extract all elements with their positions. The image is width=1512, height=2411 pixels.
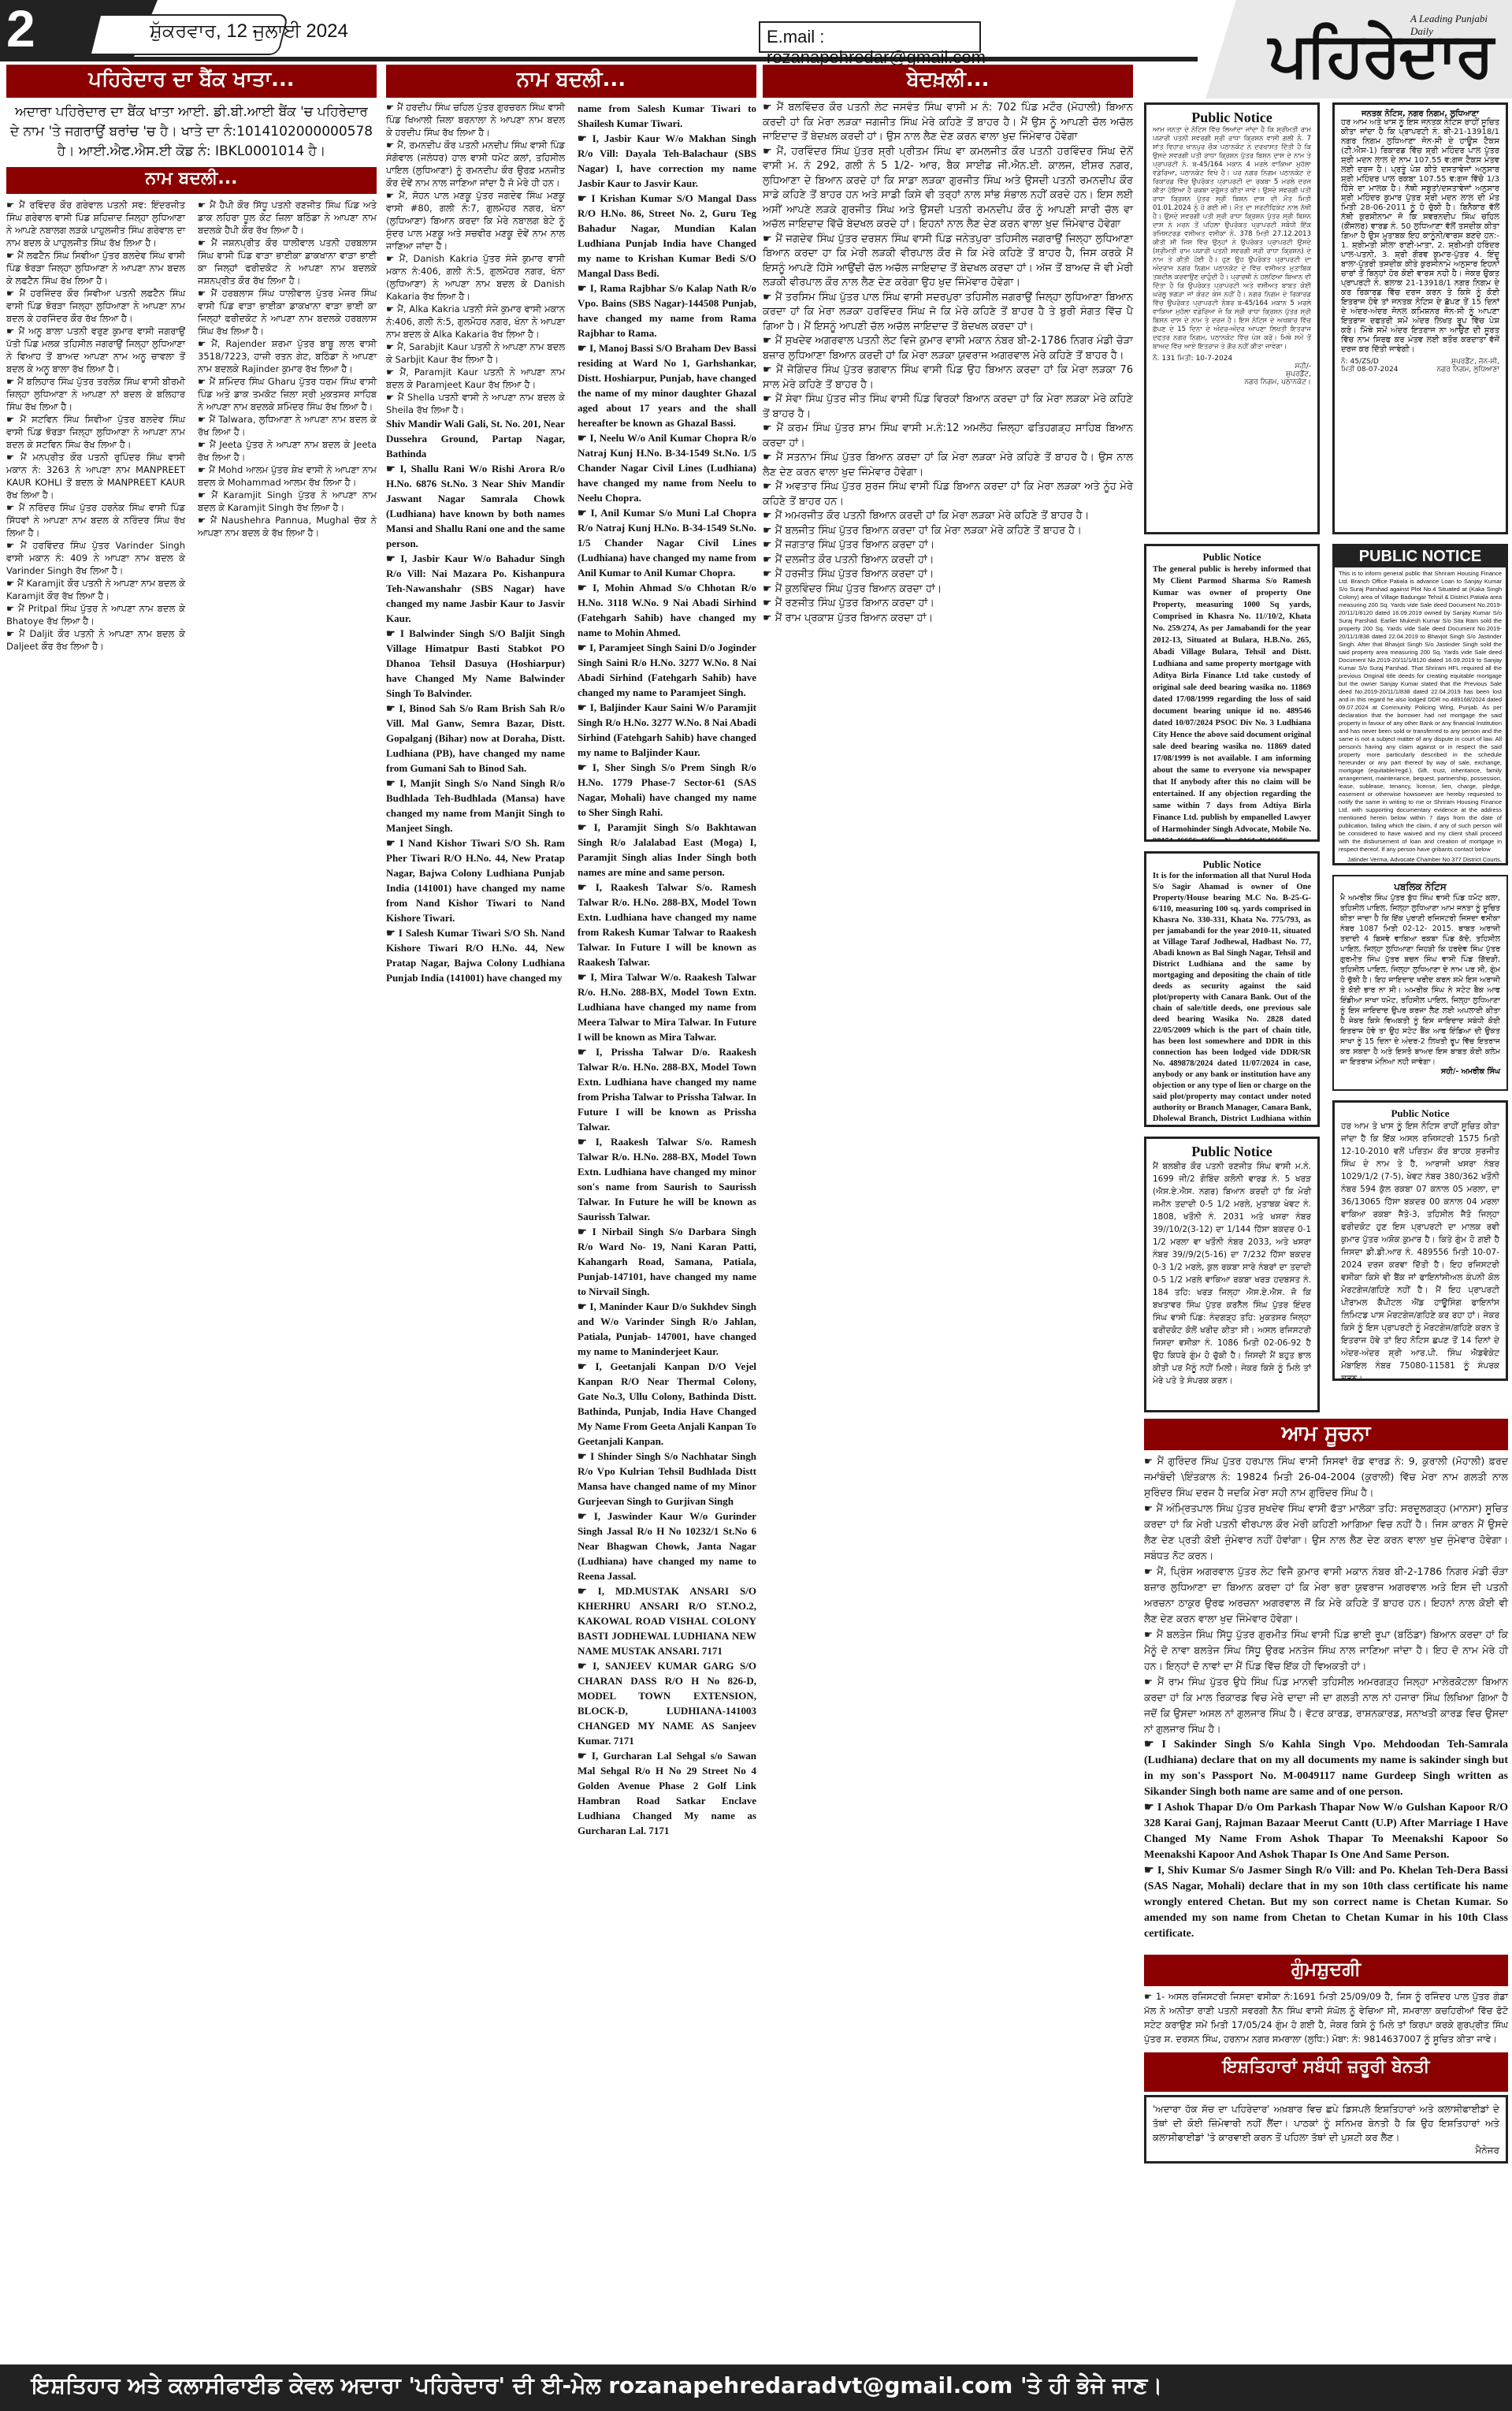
pointing-hand-icon: ☛ xyxy=(6,502,19,513)
list-item: ☛ I, Shiv Kumar S/o Jasmer Singh R/o Vil… xyxy=(1144,1863,1508,1942)
pointing-hand-icon: ☛ xyxy=(578,507,591,519)
list-item: ☛ ਮੈਂ ਅਵਤਾਰ ਸਿੰਘ ਪੁੱਤਰ ਸੁਰਜ ਸਿੰਘ ਵਾਸੀ ਪਿ… xyxy=(763,480,1133,509)
list-item: ☛ ਮੈਂ ਹਰਜੀਤ ਸਿੰਘ ਪੁੱਤਰ ਬਿਆਨ ਕਰਦਾ ਹਾਂ। xyxy=(763,567,1133,582)
pointing-hand-icon: ☛ xyxy=(1144,1991,1156,2002)
pointing-hand-icon: ☛ xyxy=(1144,1739,1161,1751)
pointing-hand-icon: ☛ xyxy=(198,489,212,500)
list-item: ☛ I, SANJEEV KUMAR GARG S/O CHARAN DASS … xyxy=(578,1658,756,1748)
masthead-rule xyxy=(0,57,1198,61)
list-item: ☛ I, Mira Talwar W/o. Raakesh Talwar R/o… xyxy=(578,969,756,1044)
list-item: ☛ I, Maninder Kaur D/o Sukhdev Singh and… xyxy=(578,1299,756,1359)
notice-body: ਆਮ ਜਨਤਾ ਦੇ ਨੋਟਿਸ ਵਿੱਚ ਲਿਆਂਦਾ ਜਾਂਦਾ ਹੈ ਕਿ… xyxy=(1153,126,1311,352)
list-item: ☛ I Ashok Thapar D/o Om Parkash Thapar N… xyxy=(1144,1800,1508,1863)
list-item: ☛ ਮੈਂ, Alka Kakria ਪਤਨੀ ਸੰਜੇ ਕੁਮਾਰ ਵਾਸੀ … xyxy=(386,303,565,340)
list-item: ☛ I, Manjit Singh S/o Nand Singh R/o Bud… xyxy=(386,776,565,835)
pointing-hand-icon: ☛ xyxy=(386,140,397,151)
pointing-hand-icon: ☛ xyxy=(386,777,399,789)
list-item: ☛ ਮੈਂ ਰਵਿੰਦਰ ਕੌਰ ਗਰੇਵਾਲ ਪਤਨੀ ਸਵ: ਇੰਦਰਜੀਤ… xyxy=(6,199,185,249)
list-item: ☛ ਮੈਂ ਹਰਵਿੰਦਰ ਸਿੰਘ ਪੁੱਤਰ Varinder Singh … xyxy=(6,539,185,577)
pointing-hand-icon: ☛ xyxy=(763,612,775,624)
list-item: ☛ ਮੈਂ ਸੁਖਦੇਵ ਅਗਰਵਾਲ ਪਤਨੀ ਲੇਟ ਵਿਜੇ ਕੁਮਾਰ … xyxy=(763,334,1133,363)
notice-title: Public Notice xyxy=(1341,1107,1499,1120)
pointing-hand-icon: ☛ xyxy=(578,881,596,893)
pointing-hand-icon: ☛ xyxy=(198,464,209,475)
notice-body: ਹਰ ਆਮ ਤੇ ਖਾਸ ਨੂੰ ਇਸ ਨੋਟਿਸ ਰਾਹੀਂ ਸੂਚਿਤ ਕੀ… xyxy=(1341,1120,1499,1381)
list-item: ☛ I Salesh Kumar Tiwari S/O Sh. Nand Kis… xyxy=(386,925,565,985)
list-item: ☛ ਮੈਂ ਕੁਲਵਿੰਦਰ ਸਿੰਘ ਪੁੱਤਰ ਬਿਆਨ ਕਰਦਾ ਹਾਂ। xyxy=(763,582,1133,597)
pointing-hand-icon: ☛ xyxy=(763,525,775,537)
list-item: ☛ ਮੈਂ, Sarabjit Kaur ਪਤਨੀ ਨੇ ਆਪਣਾ ਨਾਮ ਬਦ… xyxy=(386,340,565,366)
list-item: ☛ ਮੈਂ ਬਲਿਹਾਰ ਸਿੰਘ ਪੁੱਤਰ ਤਰਲੋਕ ਸਿੰਘ ਵਾਸੀ … xyxy=(6,375,185,413)
pointing-hand-icon: ☛ xyxy=(578,761,593,773)
pointing-hand-icon: ☛ xyxy=(763,335,775,347)
notice-footer: ਨੰ: 45/ZS/Dਮਿਤੀ 08-07-2024 ਸੁਪਰਡੈਂਟ, ਜੋਨ… xyxy=(1341,358,1499,374)
eviction-list: ☛ ਮੈਂ ਬਲਵਿੰਦਰ ਕੌਰ ਪਤਨੀ ਲੇਟ ਜਸਵੰਤ ਸਿੰਘ ਵਾ… xyxy=(763,98,1133,626)
pointing-hand-icon: ☛ xyxy=(6,199,19,210)
public-notice-pathankot: Public Notice ਆਮ ਜਨਤਾ ਦੇ ਨੋਟਿਸ ਵਿੱਚ ਲਿਆਂ… xyxy=(1144,102,1320,534)
footer-text: ਇਸ਼ਤਿਹਾਰ ਅਤੇ ਕਲਾਸੀਫਾਈਡ ਕੇਵਲ ਅਦਾਰਾ 'ਪਹਿਰੇ… xyxy=(32,2372,1162,2398)
pointing-hand-icon: ☛ xyxy=(386,366,400,378)
name-change-middle-col-a: ☛ ਮੈਂ ਹਰਦੀਪ ਸਿੰਘ ਚਹਿਲ ਪੁੱਤਰ ਗੁਰਚਰਨ ਸਿੰਘ … xyxy=(386,101,565,1838)
list-item: ☛ I, Raakesh Talwar S/o. Ramesh Talwar R… xyxy=(578,1134,756,1224)
column-notices: Public Notice ਆਮ ਜਨਤਾ ਦੇ ਨੋਟਿਸ ਵਿੱਚ ਲਿਆਂ… xyxy=(1144,102,1508,2173)
ad-request-text: 'ਅਦਾਰਾ ਹੱਕ ਸੱਚ ਦਾ ਪਹਿਰੇਦਾਰ' ਅਖ਼ਬਾਰ ਵਿਚ ਛ… xyxy=(1153,2102,1499,2145)
pointing-hand-icon: ☛ xyxy=(1144,1565,1157,1577)
list-item: ☛ ਮੈਂ ਹਰਦੀਪ ਸਿੰਘ ਚਹਿਲ ਪੁੱਤਰ ਗੁਰਚਰਨ ਸਿੰਘ … xyxy=(386,101,565,139)
missing-heading: ਗੁੰਮਸ਼ੁਦਗੀ xyxy=(1144,1955,1508,1986)
notice-sign: ਸਹੀ/- ਅਮਰੀਕ ਸਿੰਘ xyxy=(1340,1067,1500,1076)
list-item: ☛ I Krishan Kumar S/O Mangal Dass R/O H.… xyxy=(578,191,756,281)
pointing-hand-icon: ☛ xyxy=(386,553,400,564)
list-item: ☛ I Shinder Singh S/o Nachhatar Singh R/… xyxy=(578,1449,756,1509)
pointing-hand-icon: ☛ xyxy=(763,539,775,551)
list-item: ☛ ਮੈਂ ਤਰਸਿਮ ਸਿੰਘ ਪੁੱਤਰ ਪਾਲ ਸਿੰਘ ਵਾਸੀ ਸਦਰ… xyxy=(763,291,1133,335)
list-item: ☛ ਮੈਂ, ਰਮਨਦੀਪ ਕੌਰ ਪਤਨੀ ਮਨਦੀਪ ਸਿੰਘ ਵਾਸੀ ਪ… xyxy=(386,139,565,189)
list-item: name from Salesh Kumar Tiwari to Shailes… xyxy=(578,101,756,131)
pointing-hand-icon: ☛ xyxy=(763,146,777,158)
notice-title: ਜਨਤਕ ਨੋਟਿਸ, ਨਗਰ ਨਿਗਮ, ਲੁਧਿਆਣਾ xyxy=(1341,110,1499,118)
pointing-hand-icon: ☛ xyxy=(386,341,397,352)
pointing-hand-icon: ☛ xyxy=(763,597,775,609)
list-item: ☛ ਮੈਂ, Rajender ਸ਼ਰਮਾ ਪੁੱਤਰ ਬਾਬੂ ਲਾਲ ਵਾਸ… xyxy=(198,337,377,375)
list-item: ☛ ਮੈਂ, Danish Kakria ਪੁੱਤਰ ਸੰਜੇ ਕੁਮਾਰ ਵਾ… xyxy=(386,252,565,303)
pointing-hand-icon: ☛ xyxy=(578,971,590,983)
notice-body: It is for the information all that Nurul… xyxy=(1153,871,1311,1127)
pointing-hand-icon: ☛ xyxy=(198,376,210,387)
pointing-hand-icon: ☛ xyxy=(763,233,775,245)
notice-title: Public Notice xyxy=(1153,551,1311,564)
pointing-hand-icon: ☛ xyxy=(386,702,399,714)
list-item: ☛ ਮੈਂ ਅਨੂ ਬਾਲਾ ਪਤਨੀ ਵਰੁਣ ਕੁਮਾਰ ਵਾਸੀ ਜਗਰਾ… xyxy=(6,325,185,375)
list-item: ☛ I Sakinder Singh S/o Kahla Singh Vpo. … xyxy=(1144,1737,1508,1800)
pointing-hand-icon: ☛ xyxy=(763,583,775,595)
public-notice-ravi: Public Notice ਹਰ ਆਮ ਤੇ ਖਾਸ ਨੂੰ ਇਸ ਨੋਟਿਸ … xyxy=(1332,1100,1508,1381)
pointing-hand-icon: ☛ xyxy=(1144,1628,1157,1640)
page-number: 2 xyxy=(6,0,35,57)
eviction-heading: ਬੇਦਖ਼ਲੀ... xyxy=(763,65,1133,98)
pointing-hand-icon: ☛ xyxy=(386,627,400,639)
pointing-hand-icon: ☛ xyxy=(198,414,210,425)
pointing-hand-icon: ☛ xyxy=(6,414,20,425)
pointing-hand-icon: ☛ xyxy=(578,1450,590,1462)
list-item: ☛ ਮੈਂ Daljit ਕੌਰ ਪਤਨੀ ਨੇ ਆਪਣਾ ਨਾਮ ਬਦਲ ਕੇ… xyxy=(6,627,185,653)
list-item: ☛ ਮੈਂ, ਹਰਵਿੰਦਰ ਸਿੰਘ ਪੁੱਤਰ ਸ਼੍ਰੀ ਪ੍ਰੀਤਮ ਸ… xyxy=(763,145,1133,233)
bank-account-heading: ਪਹਿਰੇਦਾਰ ਦਾ ਬੈਂਕ ਖਾਤਾ... xyxy=(6,65,377,98)
ad-request-heading: ਇਸ਼ਤਿਹਾਰਾਂ ਸਬੰਧੀ ਜ਼ਰੂਰੀ ਬੇਨਤੀ xyxy=(1144,2052,1508,2092)
public-notice-ludhiana-mc: ਜਨਤਕ ਨੋਟਿਸ, ਨਗਰ ਨਿਗਮ, ਲੁਧਿਆਣਾ ਹਰ ਆਮ ਅਤੇ … xyxy=(1332,102,1508,534)
list-item: ☛ ਮੈਂ ਸਟਵਿਨ ਸਿੰਘ ਸਿਵੀਆ ਪੁੱਤਰ ਬਲਦੇਵ ਸਿੰਘ … xyxy=(6,413,185,451)
pointing-hand-icon: ☛ xyxy=(763,422,777,434)
pointing-hand-icon: ☛ xyxy=(578,642,589,653)
public-notice-nurul: Public Notice It is for the information … xyxy=(1144,851,1320,1127)
pointing-hand-icon: ☛ xyxy=(198,288,211,299)
pointing-hand-icon: ☛ xyxy=(578,701,590,713)
list-item: ☛ ਮੈਂ ਬਲਤੇਜ ਸਿੰਘ ਸਿੱਧੂ ਪੁੱਤਰ ਗੁਰਮੀਤ ਸਿੰਘ… xyxy=(1144,1627,1508,1674)
pointing-hand-icon: ☛ xyxy=(578,1300,589,1312)
list-item: ☛ ਮੈਂ ਜਸ਼ਨਪ੍ਰੀਤ ਕੌਰ ਧਾਲੀਵਾਲ ਪਤਨੀ ਹਰਬਲਾਸ … xyxy=(198,236,377,287)
pointing-hand-icon: ☛ xyxy=(763,364,776,376)
list-item: ☛ ਮੈਂ ਰਾਮ ਪ੍ਰਕਾਸ਼ ਪੁੱਤਰ ਬਿਆਨ ਕਰਦਾ ਹਾਂ। xyxy=(763,612,1133,627)
list-item: ☛ ਮੈਂ ਅਮਰਜੀਤ ਕੌਰ ਪਤਨੀ ਬਿਆਨ ਕਰਦੀ ਹਾਂ ਕਿ ਮ… xyxy=(763,509,1133,524)
pointing-hand-icon: ☛ xyxy=(578,582,593,593)
notice-ref: ਨੰ: 45/ZS/Dਮਿਤੀ 08-07-2024 xyxy=(1341,358,1398,374)
pointing-hand-icon: ☛ xyxy=(198,439,210,450)
list-item: ☛ ਮੈਂ Shella ਪਤਨੀ ਵਾਸੀ ਨੇ ਆਪਣਾ ਨਾਮ ਬਦਲ ਕ… xyxy=(386,391,565,416)
list-item: ☛ I, Neelu W/o Anil Kumar Chopra R/o Nat… xyxy=(578,430,756,505)
list-item: ☛ ਮੈਂ ਰਣਜੀਤ ਸਿੰਘ ਪੁੱਤਰ ਬਿਆਨ ਕਰਦਾ ਹਾਂ। xyxy=(763,597,1133,612)
notice-title: Public Notice xyxy=(1153,110,1311,126)
pointing-hand-icon: ☛ xyxy=(578,1510,594,1522)
list-item: ☛ 1- ਅਸਲ ਰਜਿਸਟਰੀ ਜਿਸਦਾ ਵਸੀਕਾ ਨੰ:1691 ਮਿਤ… xyxy=(1144,1986,1508,2049)
list-item: ☛ ਮੈਂ ਜਗਦੇਵ ਸਿੰਘ ਪੁੱਤਰ ਦਰਸ਼ਨ ਸਿੰਘ ਵਾਸੀ ਪ… xyxy=(763,233,1133,291)
notice-sign: ਸੁਪਰਡੈਂਟ, xyxy=(1153,370,1311,378)
notice-ref: ਨੰ. 131 ਮਿਤੀ: 10-7-2024 xyxy=(1153,355,1311,363)
pointing-hand-icon: ☛ xyxy=(6,578,17,589)
notice-body: The general public is hereby informed th… xyxy=(1153,564,1311,842)
pointing-hand-icon: ☛ xyxy=(578,1750,592,1762)
pointing-hand-icon: ☛ xyxy=(1144,1455,1157,1467)
pointing-hand-icon: ☛ xyxy=(386,927,399,939)
list-item: ☛ ਮੈਂ ਹਰਜਿੰਦਰ ਕੌਰ ਸਿਵੀਆ ਪਤਨੀ ਲਫਟੈਨ ਸਿੰਘ … xyxy=(6,287,185,325)
public-notice-amrik: ਪਬਲਿਕ ਨੋਟਿਸ ਮੈ ਅਮਰੀਕ ਸਿੰਘ ਪੁੱਤਰ ਬੁੱਧ ਸਿੰ… xyxy=(1332,875,1508,1091)
pointing-hand-icon: ☛ xyxy=(386,253,399,264)
pointing-hand-icon: ☛ xyxy=(386,837,399,849)
ad-request-sign: ਮੈਨੇਜਰ xyxy=(1153,2145,1499,2156)
notice-title: ਪਬਲਿਕ ਨੋਟਿਸ xyxy=(1340,881,1500,893)
list-item: ☛ ਮੈਂ ਸ਼ਮਿੰਦਰ ਸਿੰਘ Gharu ਪੁੱਤਰ ਧਰਮ ਸਿੰਘ … xyxy=(198,375,377,413)
pointing-hand-icon: ☛ xyxy=(763,568,775,580)
pointing-hand-icon: ☛ xyxy=(578,1046,596,1058)
name-change-middle-columns: ☛ ਮੈਂ ਹਰਦੀਪ ਸਿੰਘ ਚਹਿਲ ਪੁੱਤਰ ਗੁਰਚਰਨ ਸਿੰਘ … xyxy=(386,98,756,1838)
list-item: ☛ I, Rama Rajbhar S/o Kalap Nath R/o Vpo… xyxy=(578,281,756,340)
list-item: ☛ I, Geetanjali Kanpan D/O Vejel Kanpan … xyxy=(578,1359,756,1449)
name-change-left-col-b: ☛ ਮੈਂ ਹੈਪੀ ਕੌਰ ਸਿੱਧੂ ਪਤਨੀ ਰਣਜੀਤ ਸਿੰਘ ਪਿੰ… xyxy=(198,199,377,653)
list-item: ☛ ਮੈਂ Naushehra Pannua, Mughal ਚੱਕ ਨੇ ਆਪ… xyxy=(198,514,377,539)
public-notice-parmod: Public Notice The general public is here… xyxy=(1144,544,1320,842)
pointing-hand-icon: ☛ xyxy=(198,515,210,526)
pointing-hand-icon: ☛ xyxy=(6,540,20,551)
pointing-hand-icon: ☛ xyxy=(578,1226,593,1237)
list-item: ☛ ਮੈਂ, ਪ੍ਰਿੰਸ ਅਗਰਵਾਲ ਪੁੱਤਰ ਲੇਟ ਵਿਜੈ ਕੁਮਾ… xyxy=(1144,1564,1508,1627)
list-item: ☛ I, Gurcharan Lal Sehgal s/o Sawan Mal … xyxy=(578,1748,756,1838)
list-item: ☛ I, MD.MUSTAK ANSARI S/O KHERHRU ANSARI… xyxy=(578,1583,756,1658)
list-item: ☛ ਮੈਂ ਬਲਵਿੰਦਰ ਕੌਰ ਪਤਨੀ ਲੇਟ ਜਸਵੰਤ ਸਿੰਘ ਵਾ… xyxy=(763,101,1133,145)
notice-title: Public Notice xyxy=(1153,1144,1311,1160)
list-item: ☛ ਮੈਂ ਸਤਨਾਮ ਸਿੰਘ ਪੁੱਤਰ ਬਿਆਨ ਕਰਦਾ ਹਾਂ ਕਿ … xyxy=(763,451,1133,480)
pointing-hand-icon: ☛ xyxy=(198,338,211,349)
column-left: ਪਹਿਰੇਦਾਰ ਦਾ ਬੈਂਕ ਖਾਤਾ... ਅਦਾਰਾ ਪਹਿਰੇਦਾਰ … xyxy=(6,65,377,653)
list-item: ☛ ਮੈਂ ਜੋਗਿੰਦਰ ਸਿੰਘ ਪੁੱਤਰ ਭਗਵਾਨ ਸਿੰਘ ਵਾਸੀ… xyxy=(763,363,1133,393)
pointing-hand-icon: ☛ xyxy=(198,199,210,210)
name-change-heading-middle: ਨਾਮ ਬਦਲੀ... xyxy=(386,65,756,98)
list-item: ☛ ਮੈਂ ਰਾਮ ਸਿੰਘ ਪੁੱਤਰ ਉਧੇ ਸਿੰਘ ਪਿੰਡ ਮਾਨਵੀ… xyxy=(1144,1674,1508,1737)
pointing-hand-icon: ☛ xyxy=(578,1660,593,1672)
pointing-hand-icon: ☛ xyxy=(1144,1676,1157,1687)
list-item: ☛ I, Paramjeet Singh Saini D/o Joginder … xyxy=(578,640,756,700)
pointing-hand-icon: ☛ xyxy=(6,288,20,299)
contact-email[interactable]: E.mail : rozanapehredar@gmail.com xyxy=(759,21,981,53)
pointing-hand-icon: ☛ xyxy=(578,192,592,204)
pointing-hand-icon: ☛ xyxy=(1144,1865,1157,1877)
list-item: ☛ ਮੈਂ ਹੈਪੀ ਕੌਰ ਸਿੱਧੂ ਪਤਨੀ ਰਣਜੀਤ ਸਿੰਘ ਪਿੰ… xyxy=(198,199,377,236)
ad-request-box: 'ਅਦਾਰਾ ਹੱਕ ਸੱਚ ਦਾ ਪਹਿਰੇਦਾਰ' ਅਖ਼ਬਾਰ ਵਿਚ ਛ… xyxy=(1144,2095,1508,2164)
notice-body: ਹਰ ਆਮ ਅਤੇ ਖਾਸ ਨੂੰ ਇਸ ਜਨਤਕ ਨੋਟਿਸ ਰਾਹੀਂ ਸੂ… xyxy=(1341,118,1499,355)
list-item: ☛ ਮੈਂ ਮਨਪ੍ਰੀਤ ਕੌਰ ਪਤਨੀ ਰੁਪਿੰਦਰ ਸਿੰਘ ਵਾਸੀ… xyxy=(6,451,185,501)
issue-date: ਸ਼ੁੱਕਰਵਾਰ, 12 ਜੁਲਾਈ 2024 xyxy=(150,20,348,43)
list-item: ☛ I, Anil Kumar S/o Muni Lal Chopra R/o … xyxy=(578,505,756,580)
list-item: ☛ I, Manoj Bassi S/O Braham Dev Bassi re… xyxy=(578,340,756,430)
list-item: ☛ ਮੈਂ ਗੁਰਿੰਦਰ ਸਿੰਘ ਪੁੱਤਰ ਹਰਪਾਲ ਸਿੰਘ ਵਾਸੀ… xyxy=(1144,1453,1508,1501)
column-middle: ਨਾਮ ਬਦਲੀ... ☛ ਮੈਂ ਹਰਦੀਪ ਸਿੰਘ ਚਹਿਲ ਪੁੱਤਰ … xyxy=(386,65,756,1838)
list-item: ☛ I, Jaswinder Kaur W/o Gurinder Singh J… xyxy=(578,1509,756,1583)
list-item: ☛ I, Prissha Talwar D/o. Raakesh Talwar … xyxy=(578,1044,756,1134)
pointing-hand-icon: ☛ xyxy=(578,1360,595,1372)
public-notice-shriram: PUBLIC NOTICE This is to inform general … xyxy=(1332,544,1508,865)
notice-body: ਮੈ ਅਮਰੀਕ ਸਿੰਘ ਪੁੱਤਰ ਬੁੱਧ ਸਿੰਘ ਵਾਸੀ ਪਿੰਡ … xyxy=(1340,893,1500,1067)
pointing-hand-icon: ☛ xyxy=(386,190,399,201)
notice-sign: ਸੁਪਰਡੈਂਟ, ਜੋਨ-ਸੀ,ਨਗਰ ਨਿਗਮ, ਲੁਧਿਆਣਾ xyxy=(1436,358,1499,374)
list-item: ☛ ਮੈਂ Jeeta ਪੁੱਤਰ ਨੇ ਆਪਣਾ ਨਾਮ ਬਦਲ ਕੇ Jee… xyxy=(198,438,377,463)
pointing-hand-icon: ☛ xyxy=(6,603,18,614)
list-item: ☛ I, Raakesh Talwar S/o. Ramesh Talwar R… xyxy=(578,880,756,969)
list-item: ☛ I Balwinder Singh S/O Baljit Singh Vil… xyxy=(386,626,565,701)
name-change-heading-left: ਨਾਮ ਬਦਲੀ... xyxy=(6,167,377,194)
pointing-hand-icon: ☛ xyxy=(1144,1502,1157,1514)
list-item: ☛ ਮੈਂ ਨਰਿੰਦਰ ਸਿੰਘ ਪੁੱਤਰ ਹਰਨੇਕ ਸਿੰਘ ਵਾਸੀ … xyxy=(6,501,185,539)
list-item: ☛ ਮੈਂ ਕਰਮ ਸਿੰਘ ਪੁੱਤਰ ਸ਼ਾਮ ਸਿੰਘ ਵਾਸੀ ਮ.ਨੰ… xyxy=(763,422,1133,451)
list-item: ☛ I, Jasbir Kaur W/o Bahadur Singh R/o V… xyxy=(386,551,565,626)
pointing-hand-icon: ☛ xyxy=(578,432,590,444)
notices-col-b: ਜਨਤਕ ਨੋਟਿਸ, ਨਗਰ ਨਿਗਮ, ਲੁਧਿਆਣਾ ਹਰ ਆਮ ਅਤੇ … xyxy=(1332,102,1508,1422)
list-item: ☛ I, Baljinder Kaur Saini W/o Paramjit S… xyxy=(578,700,756,760)
pointing-hand-icon: ☛ xyxy=(386,102,397,113)
pointing-hand-icon: ☛ xyxy=(578,1585,598,1597)
list-item: ☛ ਮੈਂ, ਸੋਹਨ ਪਾਲ ਮਣਕੂ ਪੁੱਤਰ ਜਗਦੇਵ ਸਿੰਘ ਮਣ… xyxy=(386,189,565,252)
list-item: ☛ I, Sher Singh S/o Prem Singh R/o H.No.… xyxy=(578,760,756,820)
list-item: ☛ ਮੈਂ ਸੇਵਾ ਸਿੰਘ ਪੁੱਤਰ ਜੀਤ ਸਿੰਘ ਵਾਸੀ ਪਿੰਡ… xyxy=(763,393,1133,422)
list-item: ☛ I, Mohin Ahmad S/o Chhotan R/o H.No. 3… xyxy=(578,580,756,640)
name-change-left-columns: ☛ ਮੈਂ ਰਵਿੰਦਰ ਕੌਰ ਗਰੇਵਾਲ ਪਤਨੀ ਸਵ: ਇੰਦਰਜੀਤ… xyxy=(6,194,377,653)
list-item: ☛ I Nirbail Singh S/o Darbara Singh R/o … xyxy=(578,1224,756,1299)
pointing-hand-icon: ☛ xyxy=(763,292,775,303)
notice-title: Public Notice xyxy=(1153,858,1311,871)
list-item: ☛ I, Paramjit Singh S/o Bakhtawan Singh … xyxy=(578,820,756,880)
list-item: ☛ ਮੈਂ ਲਫਟੈਨ ਸਿੰਘ ਸਿਵੀਆ ਪੁੱਤਰ ਬਲਦੇਵ ਸਿੰਘ … xyxy=(6,249,185,287)
general-notice-heading: ਆਮ ਸੂਚਨਾ xyxy=(1144,1419,1508,1450)
list-item: ☛ I, Shallu Rani W/o Rishi Arora R/o H.N… xyxy=(386,461,565,551)
pointing-hand-icon: ☛ xyxy=(6,628,19,639)
list-item: ☛ I, Binod Sah S/o Ram Brish Sah R/o Vil… xyxy=(386,701,565,776)
pointing-hand-icon: ☛ xyxy=(578,821,594,833)
notices-grid: Public Notice ਆਮ ਜਨਤਾ ਦੇ ਨੋਟਿਸ ਵਿੱਚ ਲਿਆਂ… xyxy=(1144,102,1508,1422)
list-item: ☛ ਮੈਂ ਬਲਜੀਤ ਸਿੰਘ ਪੁੱਤਰ ਬਿਆਨ ਕਰਦਾ ਹਾਂ ਕਿ … xyxy=(763,524,1133,539)
notice-body: This is to inform general public that Sh… xyxy=(1335,567,1506,856)
pointing-hand-icon: ☛ xyxy=(1144,1802,1157,1814)
list-item: ☛ ਮੈਂ Mohd ਆਲਮ ਪੁੱਤਰ ਸ਼ੇਖ ਵਾਸੀ ਨੇ ਆਪਣਾ ਨ… xyxy=(198,463,377,489)
list-item: ☛ ਮੈਂ ਹਰਬਲਾਸ ਸਿੰਘ ਧਾਲੀਵਾਲ ਪੁੱਤਰ ਮੇਜਰ ਸਿੰ… xyxy=(198,287,377,337)
pointing-hand-icon: ☛ xyxy=(6,250,17,261)
name-change-left-col-a: ☛ ਮੈਂ ਰਵਿੰਦਰ ਕੌਰ ਗਰੇਵਾਲ ਪਤਨੀ ਸਵ: ਇੰਦਰਜੀਤ… xyxy=(6,199,185,653)
pointing-hand-icon: ☛ xyxy=(6,326,19,337)
pointing-hand-icon: ☛ xyxy=(198,237,211,248)
newspaper-logo: ਪਹਿਰੇਦਾਰ xyxy=(1269,20,1492,91)
notice-body: ਮੈਂ ਬਲਬੀਰ ਕੌਰ ਪਤਨੀ ਰਣਜੀਤ ਸਿੰਘ ਵਾਸੀ ਮ.ਨੰ.… xyxy=(1153,1160,1311,1387)
pointing-hand-icon: ☛ xyxy=(763,102,777,113)
pointing-hand-icon: ☛ xyxy=(578,132,593,144)
pointing-hand-icon: ☛ xyxy=(386,303,397,314)
list-item: ☛ I, Jasbir Kaur W/o Makhan Singh R/o Vi… xyxy=(578,131,756,191)
public-notice-balbir: Public Notice ਮੈਂ ਬਲਬੀਰ ਕੌਰ ਪਤਨੀ ਰਣਜੀਤ ਸ… xyxy=(1144,1137,1320,1412)
notice-sign: ਸਹੀ/- xyxy=(1153,363,1311,370)
notices-col-a: Public Notice ਆਮ ਜਨਤਾ ਦੇ ਨੋਟਿਸ ਵਿੱਚ ਲਿਆਂ… xyxy=(1144,102,1320,1422)
notice-sign: Jatinder Verma, Advocate Chamber No.377 … xyxy=(1335,856,1506,865)
pointing-hand-icon: ☛ xyxy=(386,392,398,403)
name-change-middle-col-b: name from Salesh Kumar Tiwari to Shailes… xyxy=(578,101,756,1838)
pointing-hand-icon: ☛ xyxy=(763,481,775,493)
pointing-hand-icon: ☛ xyxy=(6,452,20,463)
pointing-hand-icon: ☛ xyxy=(763,510,775,522)
list-item: ☛ ਮੈਂ, Paramjit Kaur ਪਤਨੀ ਨੇ ਆਪਣਾ ਨਾਮ ਬਦ… xyxy=(386,366,565,391)
pointing-hand-icon: ☛ xyxy=(763,393,775,405)
general-notice-list: ☛ ਮੈਂ ਗੁਰਿੰਦਰ ਸਿੰਘ ਪੁੱਤਰ ਹਰਪਾਲ ਸਿੰਘ ਵਾਸੀ… xyxy=(1144,1450,1508,1942)
pointing-hand-icon: ☛ xyxy=(578,282,590,294)
pointing-hand-icon: ☛ xyxy=(763,554,775,566)
pointing-hand-icon: ☛ xyxy=(6,376,17,387)
notice-sign: ਨਗਰ ਨਿਗਮ, ਪਠਾਨਕੋਟ। xyxy=(1153,378,1311,386)
list-item: ☛ ਮੈਂ Talwara, ਲੁਧਿਆਣਾ ਨੇ ਆਪਣਾ ਨਾਮ ਬਦਲ ਕ… xyxy=(198,413,377,438)
list-item: ☛ ਮੈਂ ਦਲਜੀਤ ਕੌਰ ਪਤਨੀ ਬਿਆਨ ਕਰਦੀ ਹਾਂ। xyxy=(763,553,1133,568)
list-item: Shiv Mandir Wali Gali, St. No. 201, Near… xyxy=(386,416,565,461)
list-item: ☛ ਮੈਂ Pritpal ਸਿੰਘ ਪੁੱਤਰ ਨੇ ਆਪਣਾ ਨਾਮ ਬਦਲ… xyxy=(6,602,185,627)
bank-account-text: ਅਦਾਰਾ ਪਹਿਰੇਦਾਰ ਦਾ ਬੈਂਕ ਖਾਤਾ ਆਈ. ਡੀ.ਬੀ.ਆਈ… xyxy=(6,98,377,167)
list-item: ☛ ਮੈਂ ਅੰਮ੍ਰਿਤਪਾਲ ਸਿੰਘ ਪੁੱਤਰ ਸੁਖਦੇਵ ਸਿੰਘ … xyxy=(1144,1501,1508,1564)
pointing-hand-icon: ☛ xyxy=(578,1136,596,1148)
footer-banner: ਇਸ਼ਤਿਹਾਰ ਅਤੇ ਕਲਾਸੀਫਾਈਡ ਕੇਵਲ ਅਦਾਰਾ 'ਪਹਿਰੇ… xyxy=(0,2364,1512,2411)
list-item: ☛ ਮੈਂ ਜਗਤਾਰ ਸਿੰਘ ਪੁੱਤਰ ਬਿਆਨ ਕਰਦਾ ਹਾਂ। xyxy=(763,538,1133,553)
pointing-hand-icon: ☛ xyxy=(763,452,776,463)
pointing-hand-icon: ☛ xyxy=(386,463,399,474)
notice-title: PUBLIC NOTICE xyxy=(1335,546,1506,567)
column-eviction: ਬੇਦਖ਼ਲੀ... ☛ ਮੈਂ ਬਲਵਿੰਦਰ ਕੌਰ ਪਤਨੀ ਲੇਟ ਜਸ… xyxy=(763,65,1133,626)
list-item: ☛ ਮੈਂ Karamjit Singh ਪੁੱਤਰ ਨੇ ਆਪਣਾ ਨਾਮ ਬ… xyxy=(198,489,377,514)
pointing-hand-icon: ☛ xyxy=(578,342,589,354)
list-item: ☛ ਮੈਂ Karamjit ਕੌਰ ਪਤਨੀ ਨੇ ਆਪਣਾ ਨਾਮ ਬਦਲ … xyxy=(6,577,185,602)
list-item: ☛ I Nand Kishor Tiwari S/O Sh. Ram Pher … xyxy=(386,835,565,925)
